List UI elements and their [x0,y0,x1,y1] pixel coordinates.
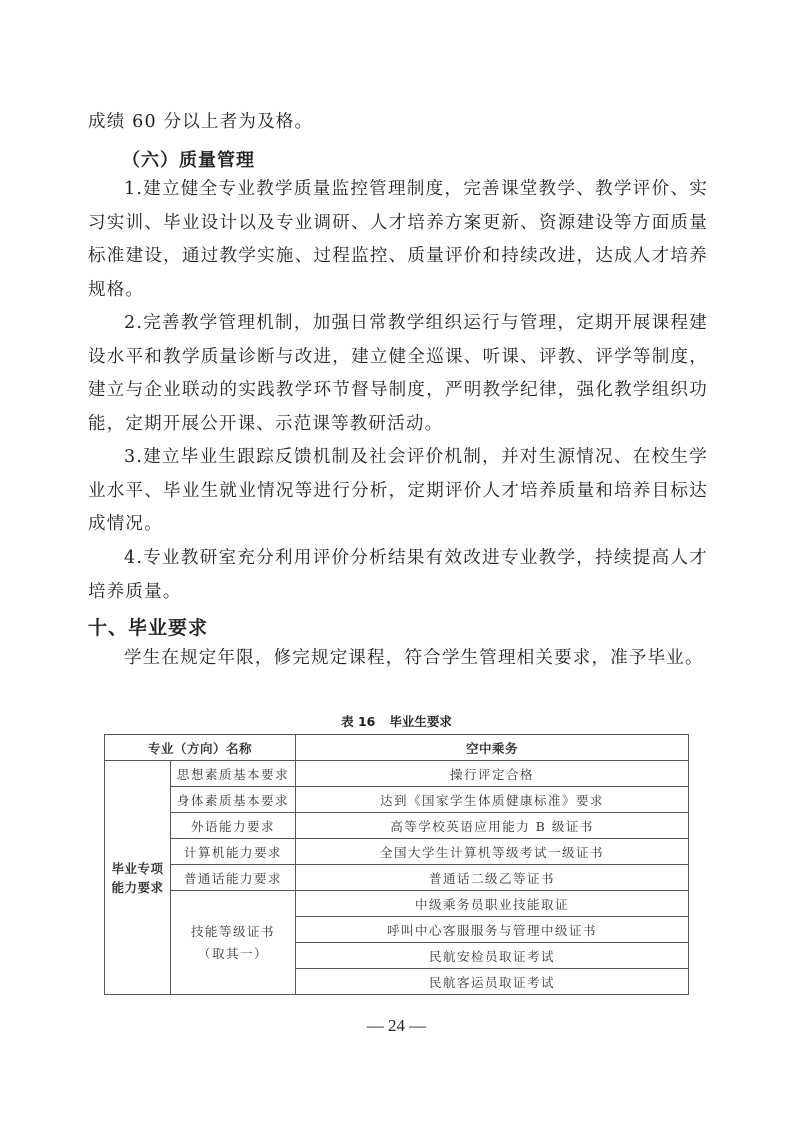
skill-certificate-value: 呼叫中心客服服务与管理中级证书 [296,917,689,943]
paragraph-quality-2: 2.完善教学管理机制，加强日常教学组织运行与管理，定期开展课程建设水平和教学质量… [88,307,708,441]
requirement-value: 全国大学生计算机等级考试一级证书 [296,839,689,865]
document-page: 成绩 60 分以上者为及格。 （六）质量管理 1.建立健全专业教学质量监控管理制… [0,0,793,1122]
group-label: 毕业专项能力要求 [110,859,166,897]
graduation-requirements-table: 专业（方向）名称 空中乘务 毕业专项能力要求 思想素质基本要求 操行评定合格 身… [104,734,689,995]
paragraph-passing-score: 成绩 60 分以上者为及格。 [88,106,708,140]
table-caption-title: 毕业生要求 [389,714,452,729]
requirement-item: 思想素质基本要求 [171,761,296,787]
table-row: 计算机能力要求 全国大学生计算机等级考试一级证书 [105,839,689,865]
header-major-value: 空中乘务 [296,735,689,761]
table-row: 毕业专项能力要求 思想素质基本要求 操行评定合格 [105,761,689,787]
skill-certificate-value: 民航安检员取证考试 [296,943,689,969]
page-number: — 24 — [0,1016,793,1036]
table-row: 普通话能力要求 普通话二级乙等证书 [105,865,689,891]
paragraph-quality-3: 3.建立毕业生跟踪反馈机制及社会评价机制，并对生源情况、在校生学业水平、毕业生就… [88,441,708,542]
group-label-cell: 毕业专项能力要求 [105,761,171,995]
table-row: 身体素质基本要求 达到《国家学生体质健康标准》要求 [105,787,689,813]
table-caption-number: 表 16 [341,714,375,729]
requirement-item: 外语能力要求 [171,813,296,839]
requirement-item: 计算机能力要求 [171,839,296,865]
requirement-value: 达到《国家学生体质健康标准》要求 [296,787,689,813]
skill-certificate-value: 中级乘务员职业技能取证 [296,891,689,917]
section-heading-graduation-requirements: 十、毕业要求 [88,613,208,640]
table-row: 技能等级证书 （取其一） 中级乘务员职业技能取证 [105,891,689,917]
requirement-item: 身体素质基本要求 [171,787,296,813]
requirement-value: 普通话二级乙等证书 [296,865,689,891]
table-header-row: 专业（方向）名称 空中乘务 [105,735,689,761]
header-major-name: 专业（方向）名称 [105,735,296,761]
table-caption: 表 16毕业生要求 [0,712,793,730]
requirement-item: 普通话能力要求 [171,865,296,891]
requirement-value: 操行评定合格 [296,761,689,787]
paragraph-graduation: 学生在规定年限，修完规定课程，符合学生管理相关要求，准予毕业。 [88,642,708,676]
skill-certificate-label: 技能等级证书 [171,921,295,943]
requirement-value: 高等学校英语应用能力 B 级证书 [296,813,689,839]
paragraph-quality-1: 1.建立健全专业教学质量监控管理制度，完善课堂教学、教学评价、实习实训、毕业设计… [88,173,708,307]
skill-certificate-note: （取其一） [171,943,295,965]
skill-certificate-value: 民航客运员取证考试 [296,969,689,995]
table-row: 外语能力要求 高等学校英语应用能力 B 级证书 [105,813,689,839]
skill-certificate-item: 技能等级证书 （取其一） [171,891,296,995]
section-heading-quality-management: （六）质量管理 [122,146,255,172]
paragraph-quality-4: 4.专业教研室充分利用评价分析结果有效改进专业教学，持续提高人才培养质量。 [88,542,708,609]
